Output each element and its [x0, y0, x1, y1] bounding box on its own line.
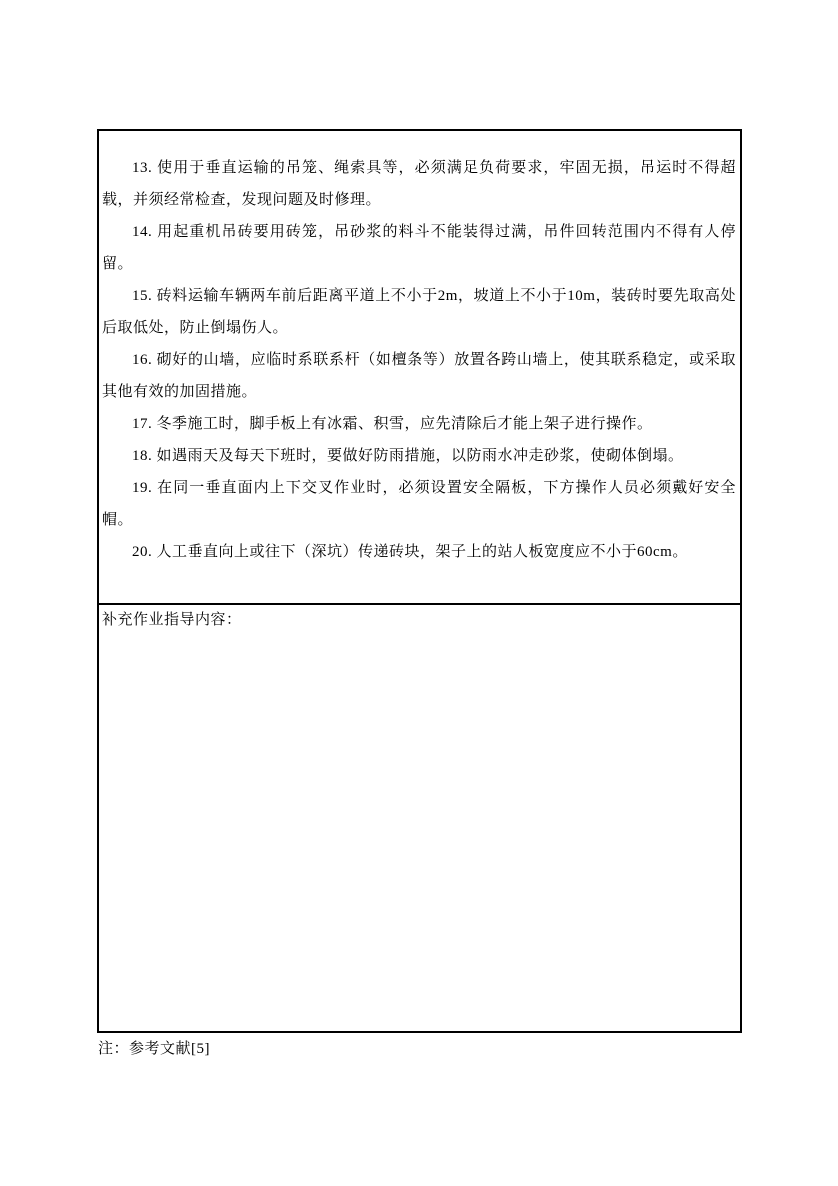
safety-item-13: 13. 使用于垂直运输的吊笼、绳索具等，必须满足负荷要求，牢固无损，吊运时不得超… [102, 152, 736, 216]
safety-item-20: 20. 人工垂直向上或往下（深坑）传递砖块，架子上的站人板宽度应不小于60cm。 [102, 536, 736, 568]
supplement-label: 补充作业指导内容： [102, 608, 736, 632]
safety-item-19: 19. 在同一垂直面内上下交叉作业时，必须设置安全隔板，下方操作人员必须戴好安全… [102, 472, 736, 536]
safety-item-17: 17. 冬季施工时，脚手板上有冰霜、积雪，应先清除后才能上架子进行操作。 [102, 408, 736, 440]
document-page: 13. 使用于垂直运输的吊笼、绳索具等，必须满足负荷要求，牢固无损，吊运时不得超… [0, 0, 838, 1186]
safety-items-section: 13. 使用于垂直运输的吊笼、绳索具等，必须满足负荷要求，牢固无损，吊运时不得超… [99, 131, 740, 603]
safety-item-14: 14. 用起重机吊砖要用砖笼，吊砂浆的料斗不能装得过满，吊件回转范围内不得有人停… [102, 216, 736, 280]
content-box: 13. 使用于垂直运输的吊笼、绳索具等，必须满足负荷要求，牢固无损，吊运时不得超… [97, 129, 742, 1033]
supplement-section: 补充作业指导内容： [99, 603, 740, 1031]
footer-note: 注：参考文献[5] [98, 1038, 210, 1060]
safety-item-16: 16. 砌好的山墙，应临时系联系杆（如檀条等）放置各跨山墙上，使其联系稳定，或采… [102, 344, 736, 408]
safety-item-15: 15. 砖料运输车辆两车前后距离平道上不小于2m，坡道上不小于10m，装砖时要先… [102, 280, 736, 344]
safety-item-18: 18. 如遇雨天及每天下班时，要做好防雨措施，以防雨水冲走砂浆，使砌体倒塌。 [102, 440, 736, 472]
